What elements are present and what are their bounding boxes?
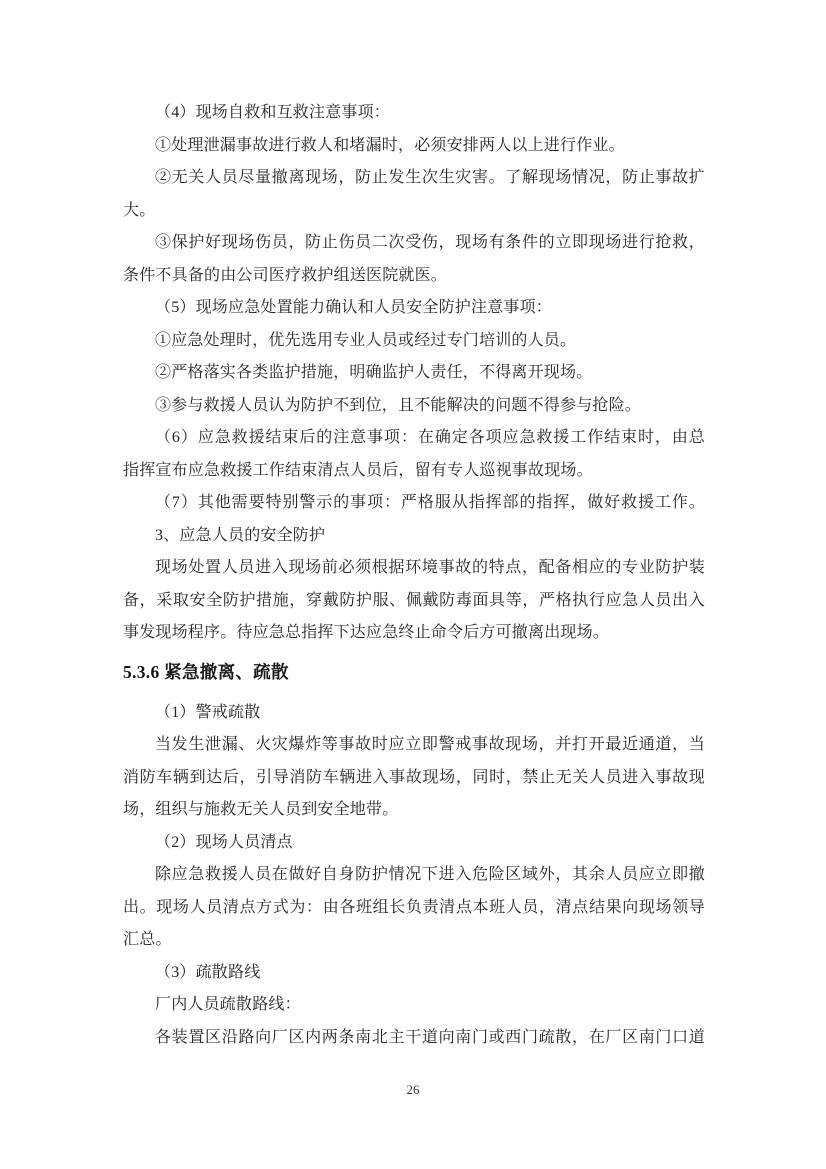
text-line: 备，采取安全防护措施，穿戴防护服、佩戴防毒面具等，严格执行应急人员出入 bbox=[123, 585, 705, 618]
text-line: （4）现场自救和互救注意事项： bbox=[123, 97, 705, 130]
text-line: 场，组织与施救无关人员到安全地带。 bbox=[123, 794, 705, 827]
text-line: 各装置区沿路向厂区内两条南北主干道向南门或西门疏散，在厂区南门口道 bbox=[123, 1022, 705, 1055]
text-line: ①应急处理时，优先选用专业人员或经过专门培训的人员。 bbox=[123, 325, 705, 358]
text-line: 3、应急人员的安全防护 bbox=[123, 520, 705, 553]
text-line: （6）应急救援结束后的注意事项：在确定各项应急救援工作结束时，由总 bbox=[123, 422, 705, 455]
text-line: 条件不具备的由公司医疗救护组送医院就医。 bbox=[123, 260, 705, 293]
section-heading: 5.3.6 紧急撤离、疏散 bbox=[123, 655, 705, 689]
text-line: （1）警戒疏散 bbox=[123, 697, 705, 730]
text-line: 当发生泄漏、火灾爆炸等事故时应立即警戒事故现场，并打开最近通道，当 bbox=[123, 729, 705, 762]
text-line: 现场处置人员进入现场前必须根据环境事故的特点，配备相应的专业防护装 bbox=[123, 552, 705, 585]
text-line: 消防车辆到达后，引导消防车辆进入事故现场，同时，禁止无关人员进入事故现 bbox=[123, 762, 705, 795]
text-line: ①处理泄漏事故进行救人和堵漏时，必须安排两人以上进行作业。 bbox=[123, 130, 705, 163]
text-line: 事发现场程序。待应急总指挥下达应急终止命令后方可撤离出现场。 bbox=[123, 617, 705, 650]
text-line: ③保护好现场伤员，防止伤员二次受伤，现场有条件的立即现场进行抢救， bbox=[123, 227, 705, 260]
text-line: 厂内人员疏散路线： bbox=[123, 989, 705, 1022]
text-line: （5）现场应急处置能力确认和人员安全防护注意事项： bbox=[123, 292, 705, 325]
text-line: ②严格落实各类监护措施，明确监护人责任，不得离开现场。 bbox=[123, 357, 705, 390]
text-line: （7）其他需要特别警示的事项：严格服从指挥部的指挥，做好救援工作。 bbox=[123, 487, 705, 520]
text-line: ②无关人员尽量撤离现场，防止发生次生灾害。了解现场情况，防止事故扩 bbox=[123, 162, 705, 195]
document-page: （4）现场自救和互救注意事项：①处理泄漏事故进行救人和堵漏时，必须安排两人以上进… bbox=[0, 0, 826, 1169]
text-line: ③参与救援人员认为防护不到位，且不能解决的问题不得参与抢险。 bbox=[123, 390, 705, 423]
text-line: （3）疏散路线 bbox=[123, 957, 705, 990]
text-line: 出。现场人员清点方式为：由各班组长负责清点本班人员，清点结果向现场领导 bbox=[123, 892, 705, 925]
text-line: 大。 bbox=[123, 195, 705, 228]
text-line: （2）现场人员清点 bbox=[123, 827, 705, 860]
text-line: 指挥宣布应急救援工作结束清点人员后，留有专人巡视事故现场。 bbox=[123, 455, 705, 488]
page-number: 26 bbox=[0, 1082, 826, 1098]
document-content: （4）现场自救和互救注意事项：①处理泄漏事故进行救人和堵漏时，必须安排两人以上进… bbox=[123, 97, 705, 1054]
text-line: 除应急救援人员在做好自身防护情况下进入危险区域外，其余人员应立即撤 bbox=[123, 859, 705, 892]
text-line: 汇总。 bbox=[123, 924, 705, 957]
